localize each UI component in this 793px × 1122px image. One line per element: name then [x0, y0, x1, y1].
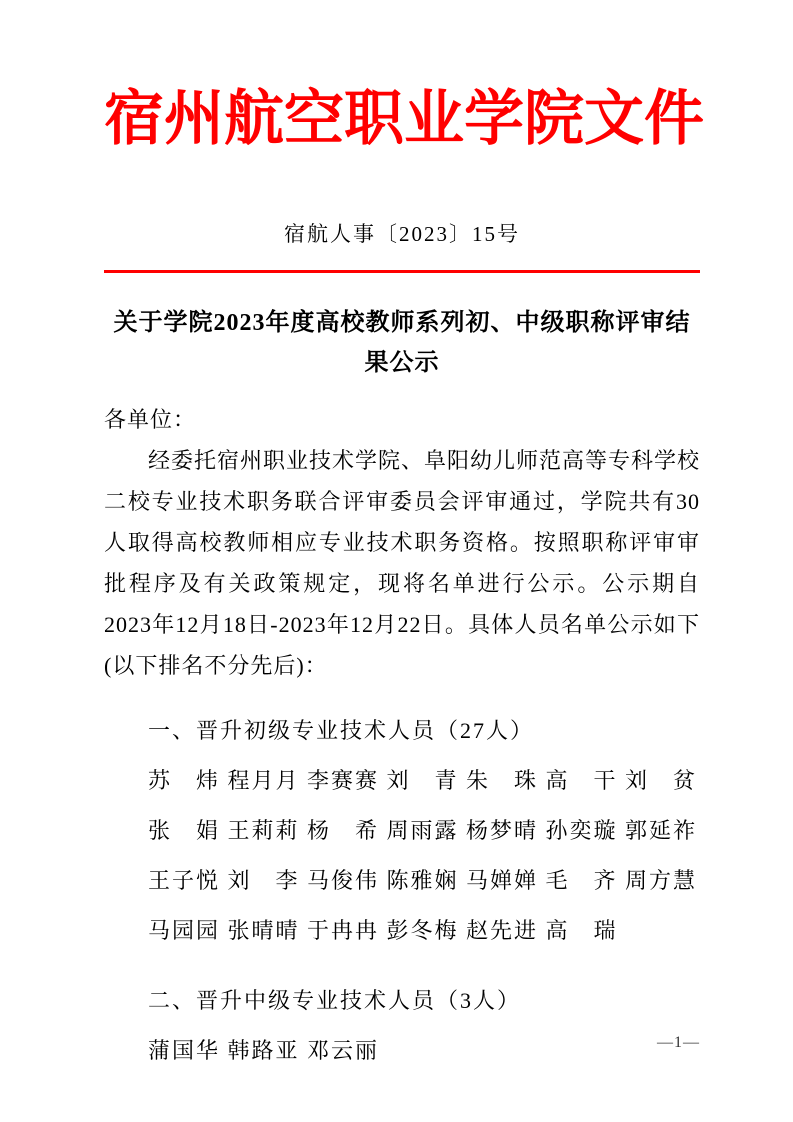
salutation: 各单位： — [104, 399, 700, 440]
body-paragraph: 经委托宿州职业技术学院、阜阳幼儿师范高等专科学校二校专业技术职务联合评审委员会评… — [104, 440, 700, 686]
section-2-name-row-1: 蒲国华 韩路亚 邓云丽 — [104, 1026, 700, 1076]
red-divider-line — [104, 270, 700, 273]
section-1-name-row-3: 王子悦 刘 李 马俊伟 陈雅娴 马婵婵 毛 齐 周方慧 — [104, 856, 700, 906]
document-page: 宿州航空职业学院文件 宿航人事〔2023〕15号 关于学院2023年度高校教师系… — [0, 0, 793, 1122]
section-1-heading: 一、晋升初级专业技术人员（27人） — [104, 706, 700, 756]
document-content: 宿州航空职业学院文件 宿航人事〔2023〕15号 关于学院2023年度高校教师系… — [104, 0, 700, 1076]
document-title: 关于学院2023年度高校教师系列初、中级职称评审结果公示 — [104, 303, 700, 383]
section-1-name-row-4: 马园园 张晴晴 于冉冉 彭冬梅 赵先进 高 瑞 — [104, 906, 700, 956]
document-number: 宿航人事〔2023〕15号 — [104, 219, 700, 249]
section-1-name-row-2: 张 娟 王莉莉 杨 希 周雨露 杨梦晴 孙奕璇 郭延祚 — [104, 806, 700, 856]
page-number: —1— — [657, 1034, 700, 1052]
section-2-heading: 二、晋升中级专业技术人员（3人） — [104, 976, 700, 1026]
section-1-name-row-1: 苏 炜 程月月 李赛赛 刘 青 朱 珠 高 干 刘 贫 — [104, 756, 700, 806]
red-letterhead-title: 宿州航空职业学院文件 — [104, 0, 700, 157]
